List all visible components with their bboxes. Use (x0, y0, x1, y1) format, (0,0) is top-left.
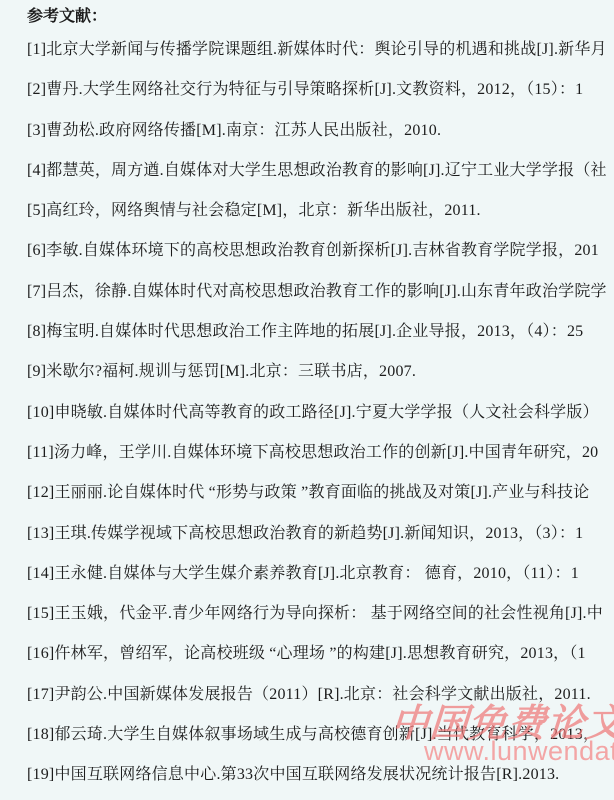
reference-item: [2]曹丹.大学生网络社交行为特征与引导策略探析[J].文教资料，2012，（1… (27, 78, 614, 118)
reference-item: [6]李敏.自媒体环境下的高校思想政治教育创新探析[J].吉林省教育学院学报，2… (27, 239, 614, 279)
reference-item: [7]吕杰，徐静.自媒体时代对高校思想政治教育工作的影响[J].山东青年政治学院… (27, 280, 614, 320)
reference-item: [3]曹劲松.政府网络传播[M].南京：江苏人民出版社，2010. (27, 119, 614, 159)
reference-item: [4]都慧英，周方遒.自媒体对大学生思想政治教育的影响[J].辽宁工业大学学报（… (27, 159, 614, 199)
reference-item: [17]尹韵公.中国新媒体发展报告（2011）[R].北京：社会科学文献出版社，… (27, 683, 614, 723)
references-heading: 参考文献： (27, 7, 614, 38)
reference-item: [16]仵林军，曾绍军，论高校班级 “心理场 ”的构建[J].思想教育研究，20… (27, 642, 614, 682)
reference-item: [18]郁云琦.大学生自媒体叙事场域生成与高校德育创新[J].当代教育科学，20… (27, 723, 614, 763)
reference-item: [13]王琪.传媒学视域下高校思想政治教育的新趋势[J].新闻知识，2013，（… (27, 522, 614, 562)
reference-item: [12]王丽丽.论自媒体时代 “形势与政策 ”教育面临的挑战及对策[J].产业与… (27, 481, 614, 521)
document-page: 参考文献： [1]北京大学新闻与传播学院课题组.新媒体时代：舆论引导的机遇和挑战… (0, 0, 614, 800)
reference-item: [19]中国互联网络信息中心.第33次中国互联网络发展状况统计报告[R].201… (27, 763, 614, 800)
reference-item: [15]王玉娥，代金平.青少年网络行为导向探析： 基于网络空间的社会性视角[J]… (27, 602, 614, 642)
reference-item: [5]高红玲，网络舆情与社会稳定[M]，北京：新华出版社，2011. (27, 199, 614, 239)
reference-item: [9]米歇尔?福柯.规训与惩罚[M].北京：三联书店，2007. (27, 360, 614, 400)
reference-item: [8]梅宝明.自媒体时代思想政治工作主阵地的拓展[J].企业导报，2013，（4… (27, 320, 614, 360)
reference-list: [1]北京大学新闻与传播学院课题组.新媒体时代：舆论引导的机遇和挑战[J].新华… (27, 38, 614, 800)
reference-item: [11]汤力峰，王学川.自媒体环境下高校思想政治工作的创新[J].中国青年研究，… (27, 441, 614, 481)
reference-item: [10]申晓敏.自媒体时代高等教育的政工路径[J].宁夏大学学报（人文社会科学版… (27, 401, 614, 441)
reference-item: [1]北京大学新闻与传播学院课题组.新媒体时代：舆论引导的机遇和挑战[J].新华… (27, 38, 614, 78)
reference-item: [14]王永健.自媒体与大学生媒介素养教育[J].北京教育： 德育，2010，（… (27, 562, 614, 602)
